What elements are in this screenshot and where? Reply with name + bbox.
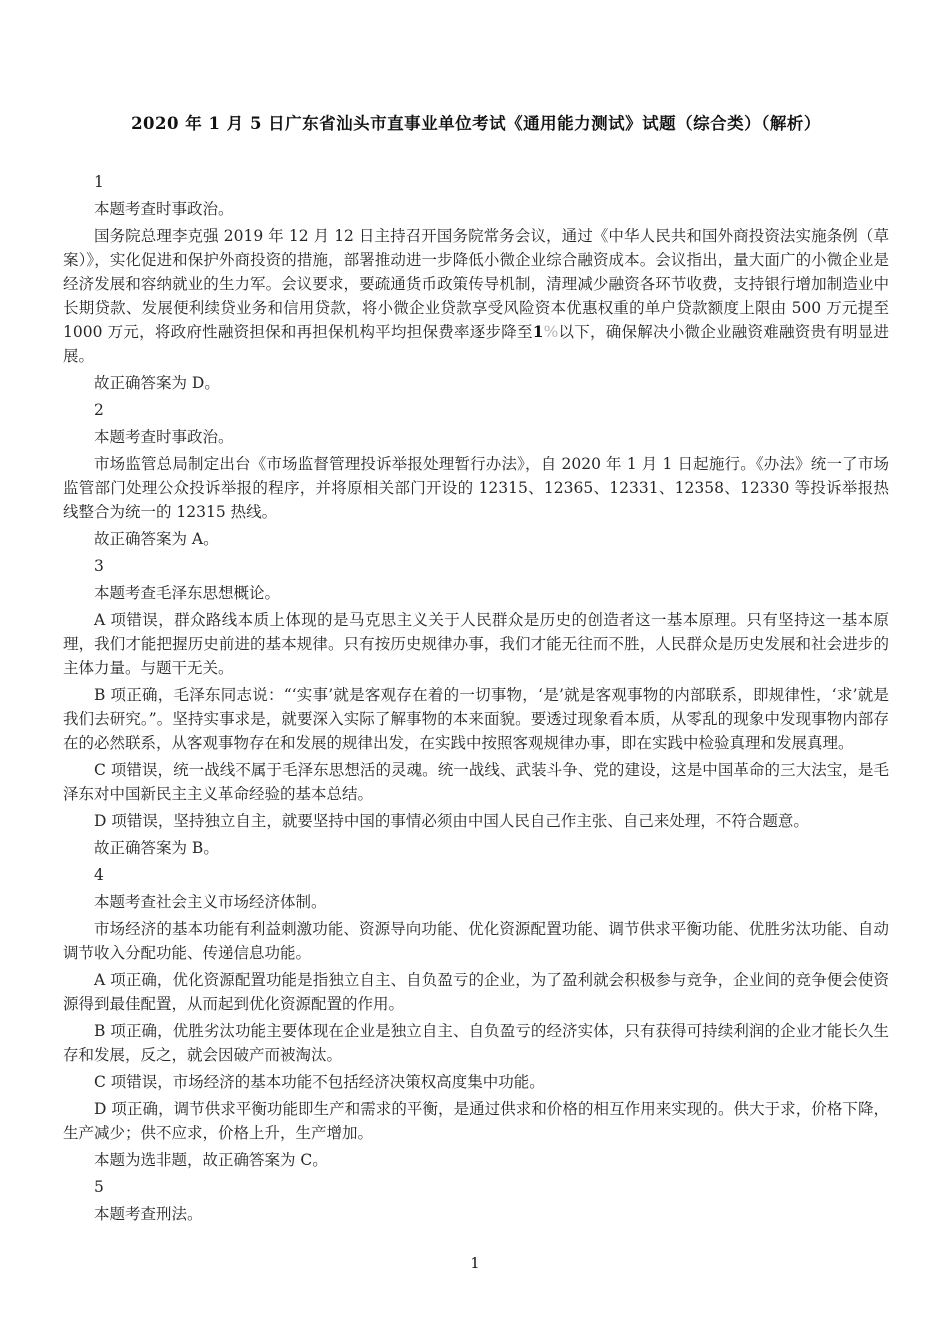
topic-line: 本题考查毛泽东思想概论。	[63, 581, 889, 605]
document-page: 2020 年 1 月 5 日广东省汕头市直事业单位考试《通用能力测试》试题（综合…	[0, 0, 950, 1344]
percent-sign: %	[544, 323, 559, 341]
option-c-paragraph: C 项错误，市场经济的基本功能不包括经济决策权高度集中功能。	[63, 1070, 889, 1094]
option-b-paragraph: B 项正确，优胜劣汰功能主要体现在企业是独立自主、自负盈亏的经济实体，只有获得可…	[63, 1019, 889, 1067]
question-number: 1	[63, 170, 889, 194]
option-d-paragraph: D 项错误，坚持独立自主，就要坚持中国的事情必须由中国人民自己作主张、自己来处理…	[63, 809, 889, 833]
option-d-paragraph: D 项正确，调节供求平衡功能即生产和需求的平衡，是通过供求和价格的相互作用来实现…	[63, 1097, 889, 1145]
option-b-paragraph: B 项正确，毛泽东同志说：“‘实事’就是客观存在着的一切事物，‘是’就是客观事物…	[63, 683, 889, 755]
question-number: 3	[63, 554, 889, 578]
answer-line: 故正确答案为 D。	[63, 371, 889, 395]
topic-line: 本题考查刑法。	[63, 1202, 889, 1226]
answer-line: 故正确答案为 B。	[63, 836, 889, 860]
percent-number: 1	[533, 322, 544, 341]
topic-line: 本题考查时事政治。	[63, 197, 889, 221]
question-number: 2	[63, 398, 889, 422]
option-c-paragraph: C 项错误，统一战线不属于毛泽东思想活的灵魂。统一战线、武装斗争、党的建设，这是…	[63, 758, 889, 806]
question-number: 4	[63, 863, 889, 887]
answer-line: 故正确答案为 A。	[63, 527, 889, 551]
page-number: 1	[470, 1256, 479, 1272]
analysis-paragraph: 国务院总理李克强 2019 年 12 月 12 日主持召开国务院常务会议，通过《…	[63, 224, 889, 368]
analysis-paragraph: 市场经济的基本功能有利益刺激功能、资源导向功能、优化资源配置功能、调节供求平衡功…	[63, 917, 889, 965]
option-a-paragraph: A 项错误，群众路线本质上体现的是马克思主义关于人民群众是历史的创造者这一基本原…	[63, 608, 889, 680]
page-title: 2020 年 1 月 5 日广东省汕头市直事业单位考试《通用能力测试》试题（综合…	[63, 112, 889, 136]
topic-line: 本题考查社会主义市场经济体制。	[63, 890, 889, 914]
option-a-paragraph: A 项正确，优化资源配置功能是指独立自主、自负盈亏的企业，为了盈利就会积极参与竞…	[63, 968, 889, 1016]
answer-line: 本题为选非题，故正确答案为 C。	[63, 1148, 889, 1172]
page-footer: 1	[0, 1256, 950, 1272]
document-content: 1 本题考查时事政治。 国务院总理李克强 2019 年 12 月 12 日主持召…	[63, 170, 889, 1226]
analysis-paragraph: 市场监管总局制定出台《市场监督管理投诉举报处理暂行办法》，自 2020 年 1 …	[63, 452, 889, 524]
question-number: 5	[63, 1175, 889, 1199]
topic-line: 本题考查时事政治。	[63, 425, 889, 449]
